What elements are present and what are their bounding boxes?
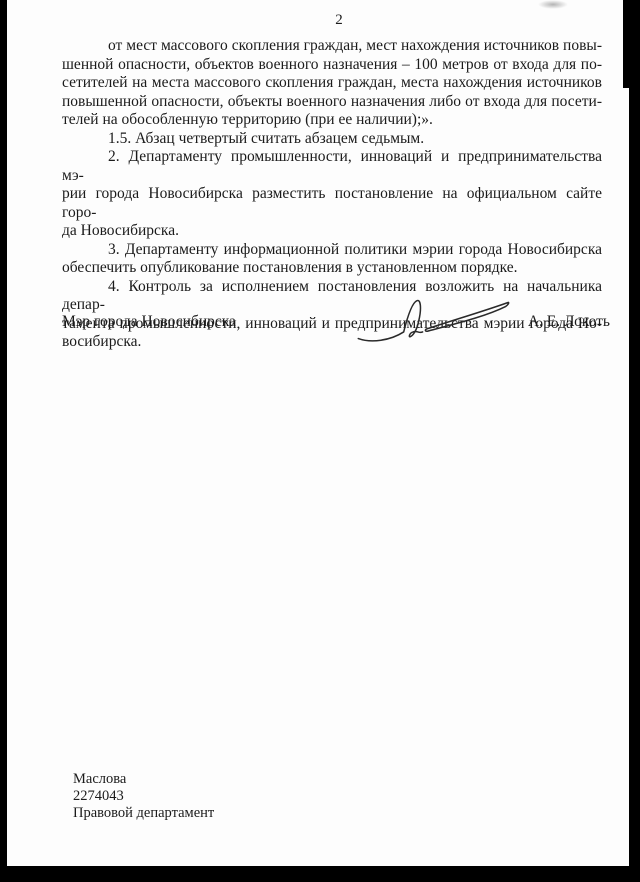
paragraph: 3. Департаменту информационной политики …: [62, 241, 602, 278]
scan-border-bottom: [0, 866, 640, 882]
text-line: обеспечить опубликование постановления в…: [62, 259, 602, 278]
text-line: да Новосибирска.: [62, 222, 602, 241]
page-number: 2: [330, 12, 348, 29]
scan-smudge: [538, 0, 568, 9]
text-line: 3. Департаменту информационной политики …: [62, 241, 602, 260]
scan-border-right-top: [623, 0, 640, 88]
paragraph: от мест массового скопления граждан, мес…: [62, 37, 602, 130]
signature-icon: [348, 296, 518, 348]
text-line: сетителей на места массового скопления г…: [62, 74, 602, 93]
scanned-page: 2 от мест массового скопления граждан, м…: [0, 0, 640, 882]
signature-row: Мэр города Новосибирска А. Е. Локоть: [62, 296, 610, 348]
text-line: повышенной опасности, объекты военного н…: [62, 93, 602, 112]
signer-name: А. Е. Локоть: [528, 313, 610, 331]
text-line: рии города Новосибирска разместить поста…: [62, 185, 602, 222]
paragraph: 2. Департаменту промышленности, инноваци…: [62, 148, 602, 241]
text-line: 1.5. Абзац четвертый считать абзацем сед…: [62, 130, 602, 149]
executor-name: Маслова: [73, 771, 214, 788]
signer-title: Мэр города Новосибирска: [62, 313, 236, 331]
executor-block: Маслова 2274043 Правовой департамент: [73, 771, 214, 822]
scan-border-left: [0, 0, 7, 882]
paragraph: 1.5. Абзац четвертый считать абзацем сед…: [62, 130, 602, 149]
executor-department: Правовой департамент: [73, 805, 214, 822]
executor-phone: 2274043: [73, 788, 214, 805]
text-line: телей на обособленную территорию (при ее…: [62, 111, 602, 130]
text-line: от мест массового скопления граждан, мес…: [62, 37, 602, 56]
scan-border-right: [629, 0, 640, 882]
text-line: 2. Департаменту промышленности, инноваци…: [62, 148, 602, 185]
text-line: шенной опасности, объектов военного назн…: [62, 56, 602, 75]
